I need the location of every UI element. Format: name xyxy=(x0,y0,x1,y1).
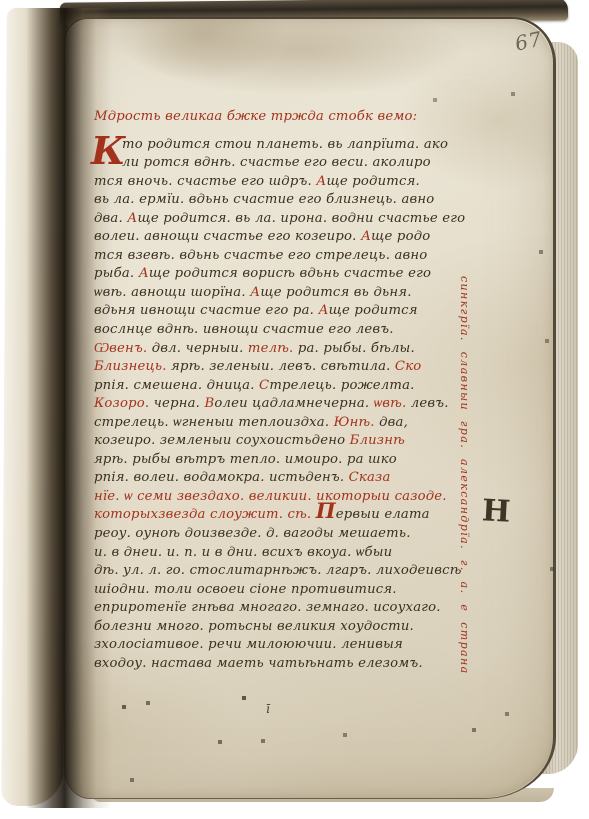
ink-segment: вдьня ивнощи счастие его ра. xyxy=(94,303,318,318)
text-line: рпія. смешена. дница. Стрелець. рожелта. xyxy=(94,377,456,396)
text-line: тся взевѣ. вдьнь счастье его стрелець. а… xyxy=(94,247,456,266)
ink-segment: вь ла. ермїи. вдьнь счастие его близнець… xyxy=(94,192,434,207)
rubric-segment: А xyxy=(361,229,371,244)
heading-line: Мдрость великаа бжке тржда стобк вемо: xyxy=(94,108,456,127)
text-line: ѡвѣ. авнощи шорїна. Аще родится вь дьня. xyxy=(94,284,456,303)
ink-segment: болезни много. ротьсны великия хоудости. xyxy=(94,619,414,634)
text-lines: то родится стои планеть. вь лапрїита. ак… xyxy=(94,136,456,674)
ink-segment: и. в днеи. и. п. и в дни. всихъ вкоуа. ѡ… xyxy=(94,545,392,560)
text-line: Близнець. ярѣ. зеленыи. левъ. свѣтила. С… xyxy=(94,358,456,377)
ink-segment: рыба. xyxy=(94,266,139,281)
text-line: входоу. настава маеть чатьѣнать елезомъ. xyxy=(94,655,456,674)
text-line: ли ротся вднѣ. счастье его веси. аколиро xyxy=(94,154,456,173)
text-line: болезни много. ротьсны великия хоудости. xyxy=(94,618,456,637)
ink-segment: еприротенїе гнѣва многаго. земнаго. исоу… xyxy=(94,600,441,615)
text-line: стрелець. ѡгненыи теплоиздха. Юнѣ. два, xyxy=(94,414,456,433)
ink-segment: два. xyxy=(94,211,127,226)
text-line: рпія. волеи. водамокра. истьденъ. Сказа xyxy=(94,469,456,488)
rubric-segment: С xyxy=(259,378,269,393)
ink-segment: двл. черныи. xyxy=(147,341,248,356)
ink-segment: то родится стои планеть. вь лапрїита. ак… xyxy=(122,137,448,152)
rubric-segment: Юнѣ. xyxy=(334,415,375,430)
ink-segment: ярѣ. рыбы вѣтръ тепло. имоиро. ра шко xyxy=(94,452,397,467)
text-line: реоу. оуноѣ доизвезде. д. вагоды мешаеть… xyxy=(94,525,456,544)
text-line: зхолосіативое. речи милоюючии. ленивыя xyxy=(94,636,456,655)
ink-segment: ли ротся вднѣ. счастье его веси. аколиро xyxy=(122,155,431,170)
text-line: нїе. ѡ семи звездахо. великии. икоторыи … xyxy=(94,488,456,507)
text-line: волеи. авнощи счастье его козеиро. Аще р… xyxy=(94,228,456,247)
rubric-segment: А xyxy=(250,285,260,300)
text-line: и. в днеи. и. п. и в дни. всихъ вкоуа. ѡ… xyxy=(94,544,456,563)
text-line: два. Аще родится. вь ла. ирона. водни сч… xyxy=(94,210,456,229)
rubric-segment: А xyxy=(316,174,326,189)
margin-note-vertical: синкгрїа. славныи гра. александрїа. г. а… xyxy=(458,276,471,675)
ink-segment: рпія. смешена. дница. xyxy=(94,378,259,393)
rubric-segment: Ско xyxy=(395,359,422,374)
ink-segment: тся взевѣ. вдьнь счастье его стрелець. а… xyxy=(94,248,427,263)
ink-segment: ще родится. xyxy=(326,174,419,189)
ink-segment: тся вночь. счастье его шдръ. xyxy=(94,174,316,189)
text-line: тся вночь. счастье его шдръ. Аще родится… xyxy=(94,173,456,192)
text-line: Ѡвенъ. двл. черныи. телѣ. ра. рыбы. бѣлы… xyxy=(94,340,456,359)
ink-segment: шіодни. толи освоеи сіоне противитися. xyxy=(94,582,397,597)
ink-segment: ѡвѣ. авнощи шорїна. xyxy=(94,285,250,300)
text-line: Козоро. черна. Волеи цадламнечерна. ѡвѣ.… xyxy=(94,395,456,414)
ink-segment: ще родится. вь ла. ирона. водни счастье … xyxy=(137,211,465,226)
rubric-segment: А xyxy=(318,303,328,318)
text-line: дѣ. ул. л. го. стослитарнѣжъ. лгаръ. лих… xyxy=(94,562,456,581)
rubric-segment: А xyxy=(139,266,149,281)
text-line: вь ла. ермїи. вдьнь счастие его близнець… xyxy=(94,191,456,210)
ink-segment: волеи. авнощи счастье его козеиро. xyxy=(94,229,361,244)
ink-segment: рпія. волеи. водамокра. истьденъ. xyxy=(94,470,349,485)
ink-specks xyxy=(0,0,2,2)
rubric-segment: Козоро. xyxy=(94,396,149,411)
ink-segment: вослнце вднѣ. ивнощи счастие его левъ. xyxy=(94,322,394,337)
text-line: козеиро. земленыи соухоистьдено Близнѣ xyxy=(94,432,456,451)
ink-segment: козеиро. земленыи соухоистьдено xyxy=(94,433,350,448)
rubric-segment: нїе. ѡ семи звездахо. великии. икоторыи … xyxy=(94,489,447,504)
ink-segment: ще родится вь дьня. xyxy=(260,285,411,300)
rubric-segment: Ѡвенъ. xyxy=(94,341,147,356)
rubric-segment: А xyxy=(127,211,137,226)
ink-segment: левъ. xyxy=(406,396,448,411)
ink-segment: олеи цадламнечерна. xyxy=(214,396,373,411)
ink-segment: трелець. рожелта. xyxy=(269,378,414,393)
rubric-segment: В xyxy=(204,396,214,411)
rubric-segment: П xyxy=(316,498,336,523)
rubric-segment: Близнѣ xyxy=(350,433,405,448)
ink-segment: входоу. настава маеть чатьѣнать елезомъ. xyxy=(94,656,423,671)
rubric-segment: Сказа xyxy=(349,470,391,485)
ink-segment: два, xyxy=(375,415,408,430)
catchword-mark: ī xyxy=(266,702,270,716)
ink-segment: дѣ. ул. л. го. стослитарнѣжъ. лгаръ. лих… xyxy=(94,563,462,578)
dropcap-initial: К xyxy=(91,132,126,170)
rubric-segment: Близнець. xyxy=(94,359,167,374)
ink-segment: ще родится xyxy=(329,303,418,318)
text-line: которыхзвезда слоужит. сѣ. Первыи елата xyxy=(94,506,456,525)
text-line: шіодни. толи освоеи сіоне противитися. xyxy=(94,581,456,600)
margin-mark-n: Н xyxy=(481,493,511,529)
text-line: вдьня ивнощи счастие его ра. Аще родится xyxy=(94,302,456,321)
ink-segment: реоу. оуноѣ доизвезде. д. вагоды мешаеть… xyxy=(94,526,411,541)
ink-segment: ще родится ворисѣ вдьнь счастье его xyxy=(149,266,431,281)
text-line: еприротенїе гнѣва многаго. земнаго. исоу… xyxy=(94,599,456,618)
ink-segment: черна. xyxy=(149,396,204,411)
text-block: К Мдрость великаа бжке тржда стобк вемо:… xyxy=(94,108,456,673)
text-line: ярѣ. рыбы вѣтръ тепло. имоиро. ра шко xyxy=(94,451,456,470)
rubric-segment: которыхзвезда слоужит. сѣ. xyxy=(94,507,316,522)
rubric-segment: ѡвѣ. xyxy=(374,396,407,411)
ink-segment: ще родо xyxy=(371,229,430,244)
text-line: рыба. Аще родится ворисѣ вдьнь счастье е… xyxy=(94,265,456,284)
ink-segment: ярѣ. зеленыи. левъ. свѣтила. xyxy=(167,359,395,374)
ink-segment: стрелець. ѡгненыи теплоиздха. xyxy=(94,415,334,430)
ink-segment: ра. рыбы. бѣлы. xyxy=(293,341,414,356)
rubric-segment: телѣ. xyxy=(248,341,294,356)
text-line: вослнце вднѣ. ивнощи счастие его левъ. xyxy=(94,321,456,340)
text-line: то родится стои планеть. вь лапрїита. ак… xyxy=(94,136,456,155)
ink-segment: ервыи елата xyxy=(336,507,430,522)
ink-segment: зхолосіативое. речи милоюючии. ленивыя xyxy=(94,637,403,652)
